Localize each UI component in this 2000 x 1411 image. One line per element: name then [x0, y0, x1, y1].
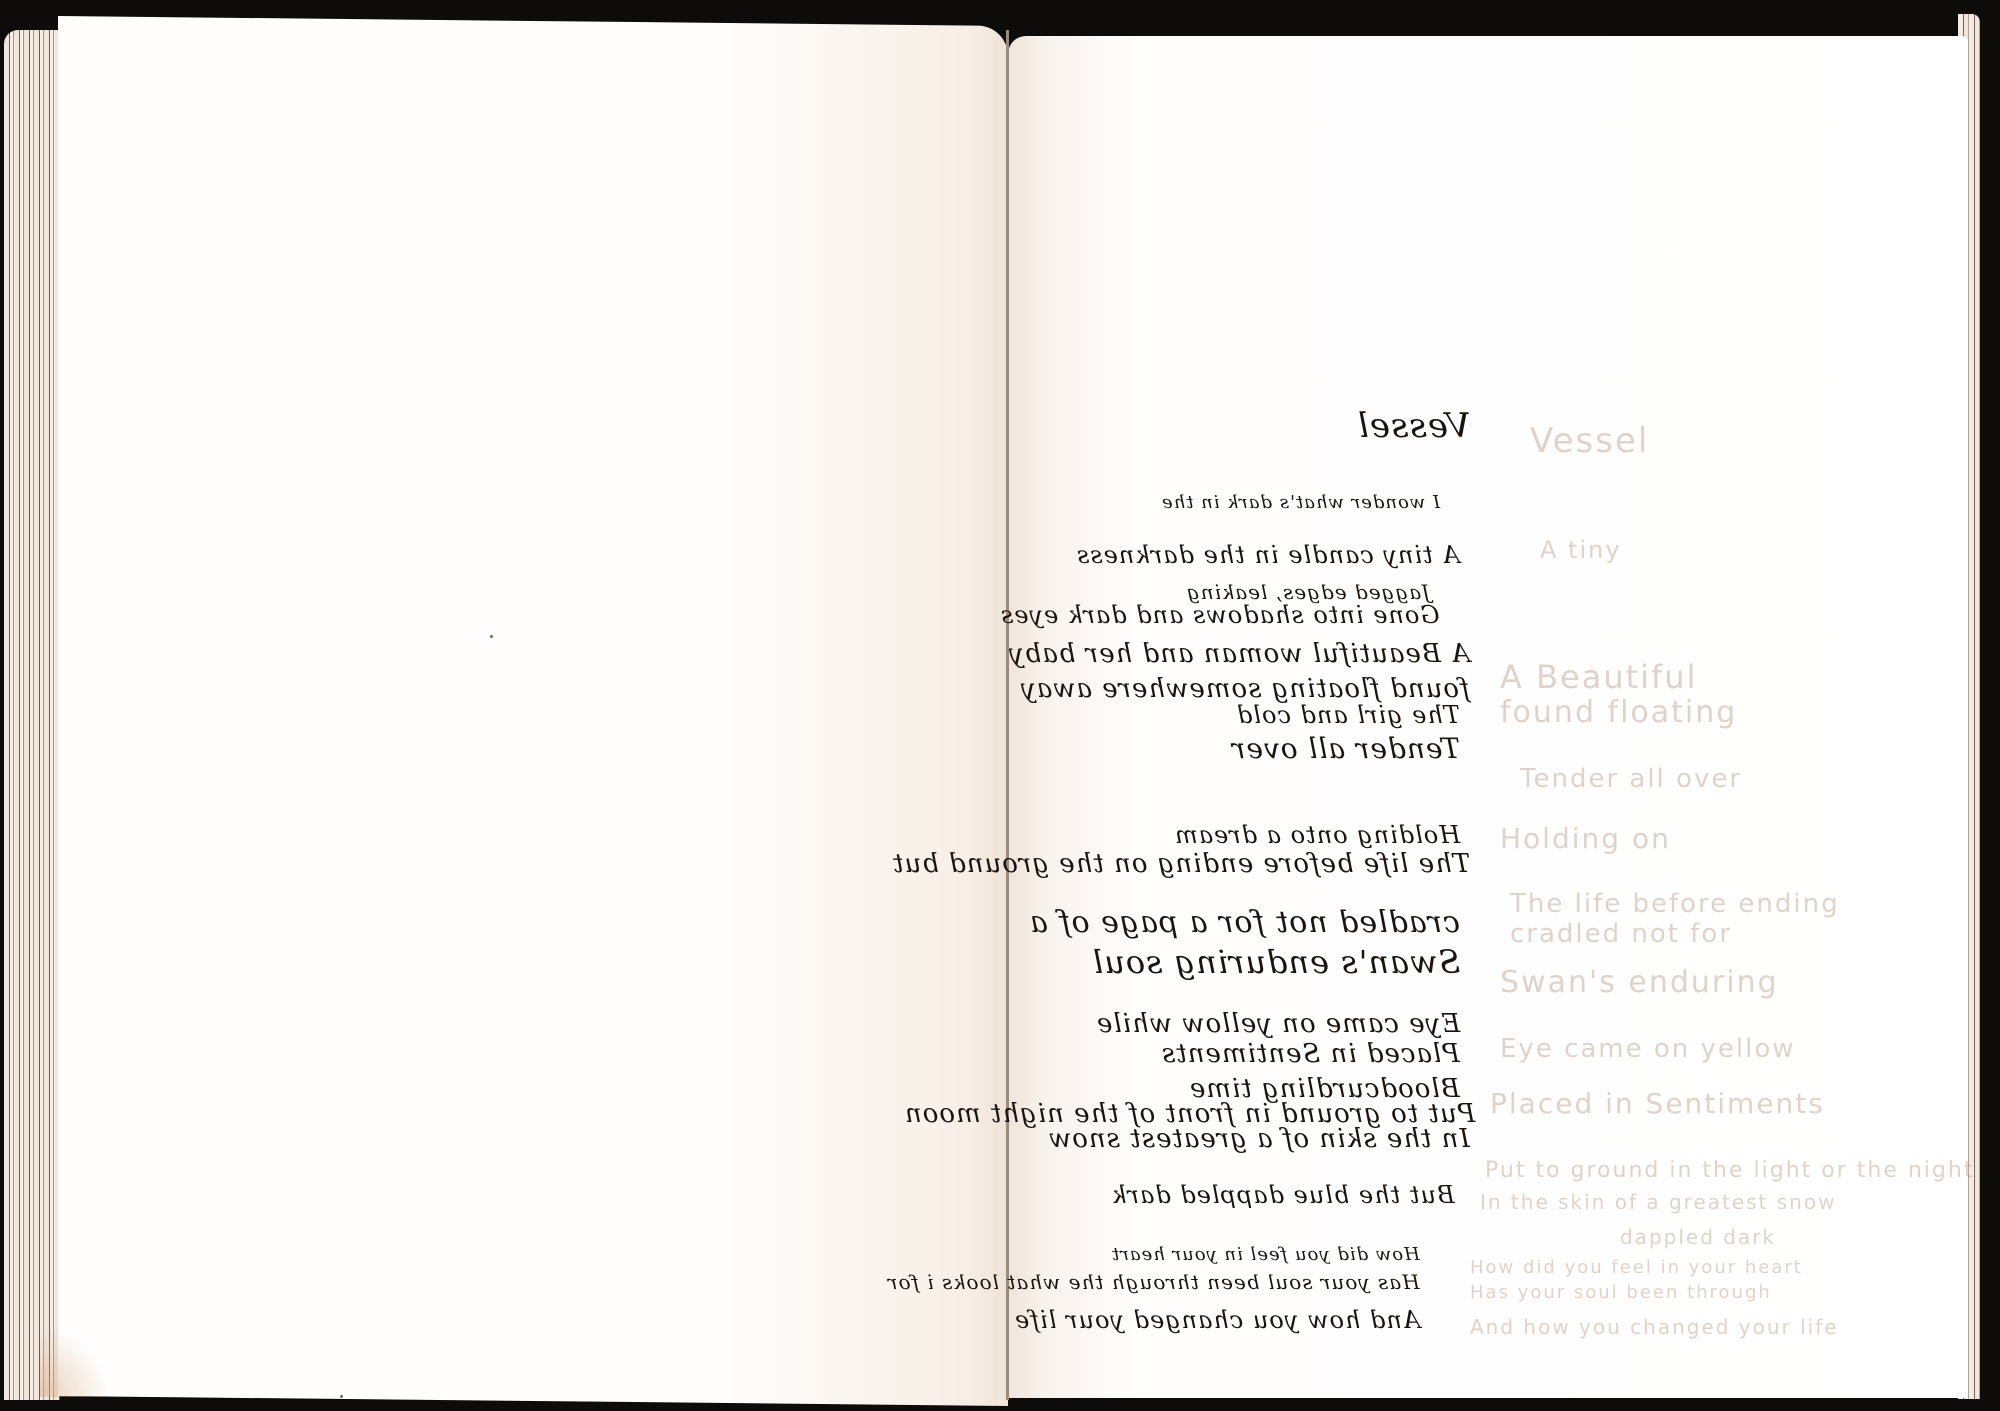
handwritten-line: A tiny candle in the darkness	[1076, 541, 1460, 569]
handwritten-line: Holding onto a dream	[1174, 821, 1460, 849]
handwritten-line: found floating somewhere away	[1020, 674, 1470, 704]
handwritten-line: A Beautiful woman and her baby	[1008, 639, 1470, 669]
handwritten-line: Vessel	[1357, 406, 1470, 446]
handwritten-line: How did you feel in your heart	[1111, 1244, 1420, 1265]
handwritten-line: Swan's enduring soul	[1092, 943, 1460, 981]
handwritten-line: And how you changed your life	[1014, 1306, 1420, 1334]
handwritten-line: The life before ending on the ground but	[892, 849, 1470, 879]
mirror-handwriting: VesselI wonder what's dark in theA tiny …	[0, 0, 2000, 1411]
handwritten-line: Placed in Sentiments	[1161, 1039, 1460, 1069]
handwritten-line: Gone into shadows and dark eyes	[1000, 601, 1440, 629]
handwritten-line: Eye came on yellow while	[1096, 1009, 1460, 1039]
handwritten-line: The girl and cold	[1236, 701, 1460, 729]
handwritten-line: Has your soul been through the what look…	[887, 1270, 1420, 1294]
handwritten-line: But the blue dappled dark	[1111, 1181, 1455, 1209]
handwritten-line: In the skin of a greatest snow	[1048, 1124, 1470, 1154]
notebook-scan: VesselA tinyA Beautifulfound floatingTen…	[0, 0, 2000, 1411]
handwritten-line: I wonder what's dark in the	[1161, 492, 1440, 513]
handwritten-line: cradled not for a page of a	[1029, 905, 1460, 940]
handwritten-line: Tender all over	[1231, 732, 1460, 765]
